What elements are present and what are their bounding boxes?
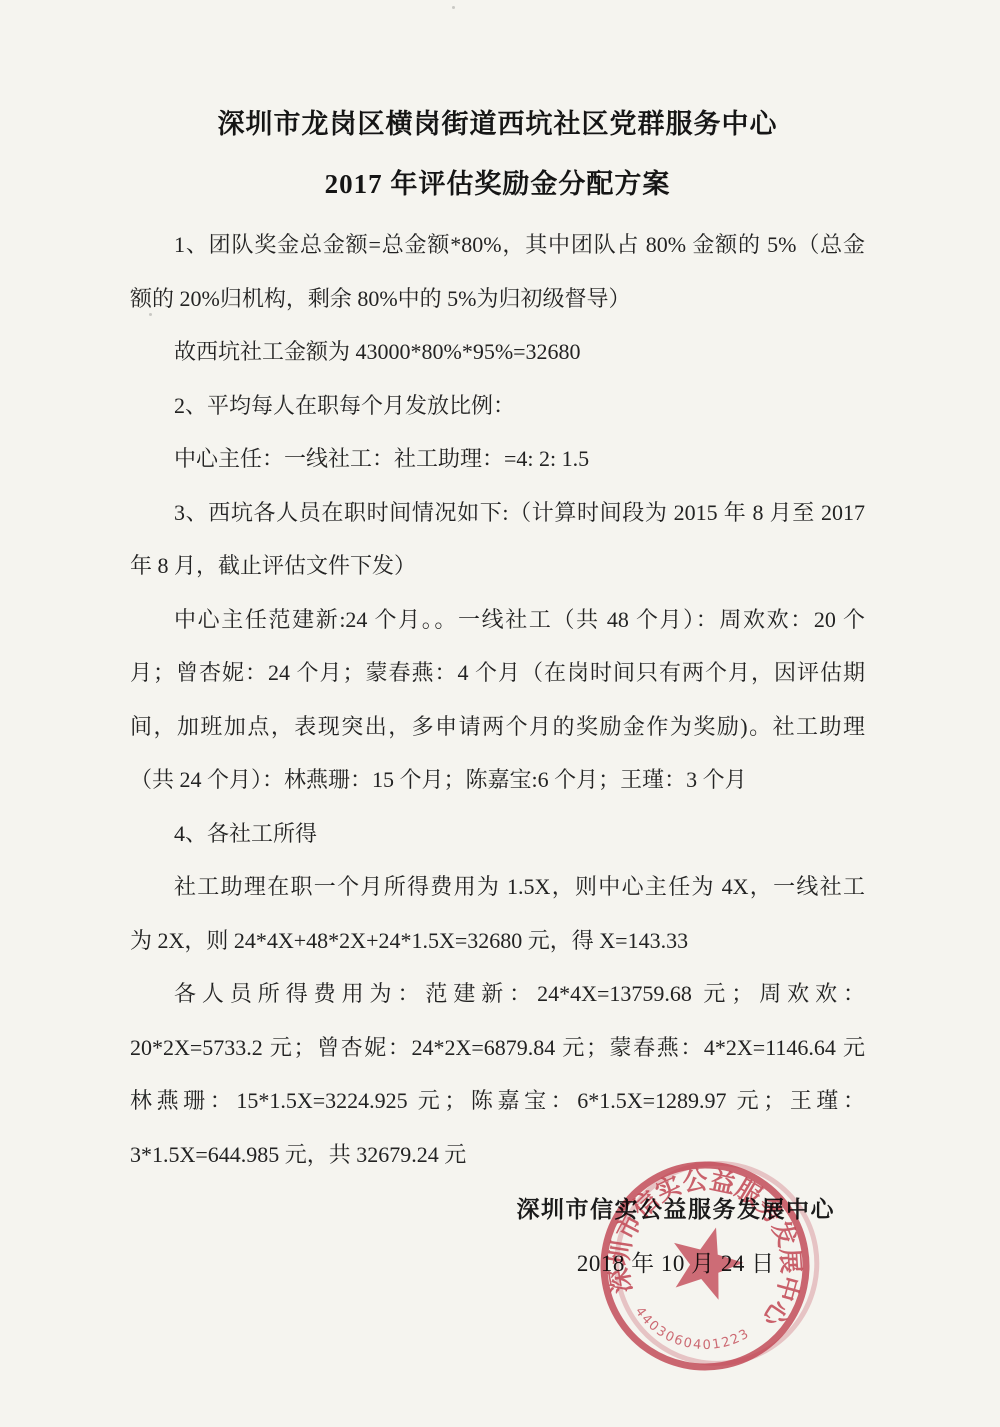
body-line: 20*2X=5733.2 元；曾杏妮：24*2X=6879.84 元；蒙春燕：4…: [130, 1021, 865, 1075]
body-line: 林燕珊：15*1.5X=3224.925 元；陈嘉宝：6*1.5X=1289.9…: [130, 1074, 865, 1128]
body-line: 月；曾杏妮：24 个月；蒙春燕：4 个月（在岗时间只有两个月，因评估期: [130, 646, 865, 700]
body-line: 2、平均每人在职每个月发放比例：: [130, 379, 865, 433]
body-line: 故西坑社工金额为 43000*80%*95%=32680: [130, 325, 865, 379]
body-line: 年 8 月，截止评估文件下发）: [130, 539, 865, 593]
scan-speck: [452, 6, 455, 9]
official-seal-stamp: 深圳市信实公益服务发展中心 4403060401223: [565, 1126, 845, 1406]
document-content: 深圳市龙岗区横岗街道西坑社区党群服务中心 2017 年评估奖励金分配方案 1、团…: [0, 0, 1000, 1291]
document-body: 1、团队奖金总金额=总金额*80%，其中团队占 80% 金额的 5%（总金额的 …: [130, 218, 865, 1181]
body-line: 中心主任范建新:24 个月。。一线社工（共 48 个月）：周欢欢：20 个: [130, 593, 865, 647]
body-line: 中心主任：一线社工：社工助理：=4: 2: 1.5: [130, 432, 865, 486]
document-title-org: 深圳市龙岗区横岗街道西坑社区党群服务中心: [130, 0, 865, 142]
scan-speck: [149, 313, 152, 316]
body-line: 3、西坑各人员在职时间情况如下:（计算时间段为 2015 年 8 月至 2017: [130, 486, 865, 540]
star-icon: [662, 1218, 750, 1304]
scanned-document-page: 深圳市龙岗区横岗街道西坑社区党群服务中心 2017 年评估奖励金分配方案 1、团…: [0, 0, 1000, 1427]
body-line: 间，加班加点，表现突出，多申请两个月的奖励金作为奖励)。社工助理: [130, 700, 865, 754]
body-line: 额的 20%归机构，剩余 80%中的 5%为归初级督导）: [130, 272, 865, 326]
body-line: 社工助理在职一个月所得费用为 1.5X，则中心主任为 4X，一线社工: [130, 860, 865, 914]
document-title-plan: 2017 年评估奖励金分配方案: [130, 166, 865, 202]
body-line: 4、各社工所得: [130, 807, 865, 861]
body-line: 各人员所得费用为：范建新：24*4X=13759.68 元；周欢欢：: [130, 967, 865, 1021]
body-line: 为 2X，则 24*4X+48*2X+24*1.5X=32680 元，得 X=1…: [130, 914, 865, 968]
body-line: （共 24 个月）：林燕珊：15 个月；陈嘉宝:6 个月；王瑾：3 个月: [130, 753, 865, 807]
body-line: 1、团队奖金总金额=总金额*80%，其中团队占 80% 金额的 5%（总金: [130, 218, 865, 272]
